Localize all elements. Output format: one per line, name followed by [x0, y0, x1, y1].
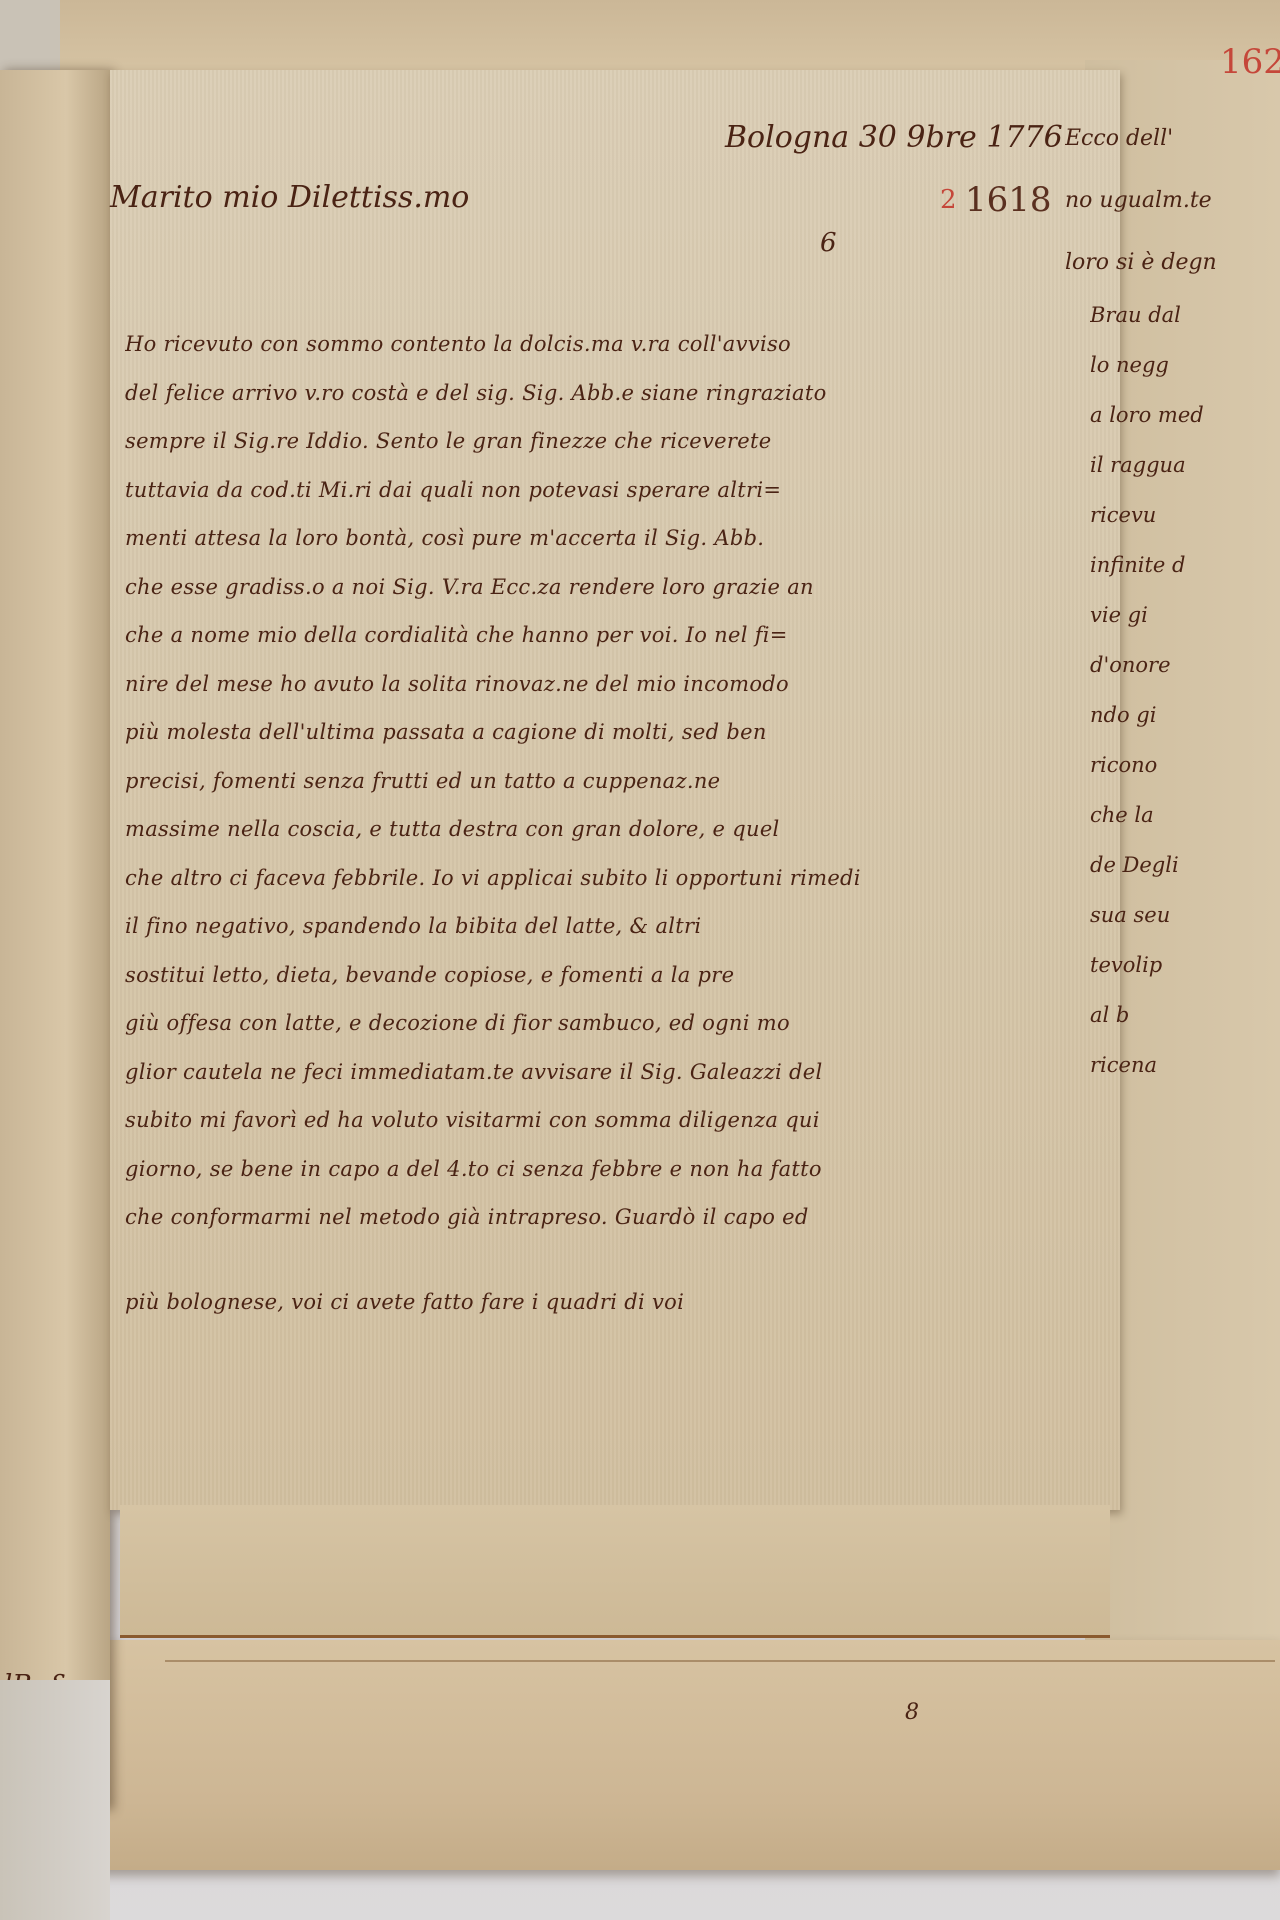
body-line: il fino negativo, spandendo la bibita de… — [125, 902, 1085, 951]
body-line: nire del mese ho avuto la solita rinovaz… — [125, 660, 1085, 709]
margin-line: de Degli — [1090, 840, 1280, 890]
body-line: glior cautela ne feci immediatam.te avvi… — [125, 1048, 1085, 1097]
body-line: massime nella coscia, e tutta destra con… — [125, 805, 1085, 854]
margin-line: lo negg — [1090, 340, 1280, 390]
bottom-underlying-sheet: 8 — [85, 1640, 1280, 1870]
margin-line: no ugualm.te — [1065, 170, 1280, 232]
left-sheet-lower — [0, 1680, 110, 1920]
body-line: che esse gradiss.o a noi Sig. V.ra Ecc.z… — [125, 563, 1085, 612]
body-line: menti attesa la loro bontà, così pure m'… — [125, 514, 1085, 563]
margin-line: sua seu — [1090, 890, 1280, 940]
body-line: che conformarmi nel metodo già intrapres… — [125, 1193, 1085, 1242]
body-line: sempre il Sig.re Iddio. Sento le gran fi… — [125, 417, 1085, 466]
margin-line: ricono — [1090, 740, 1280, 790]
archive-number-top: 1620 — [1220, 42, 1280, 82]
margin-line: Ecco dell' — [1065, 108, 1280, 170]
body-line: tuttavia da cod.ti Mi.ri dai quali non p… — [125, 466, 1085, 515]
salutation: Marito mio Dilettiss.mo — [110, 180, 469, 215]
body-line: precisi, fomenti senza frutti ed un tatt… — [125, 757, 1085, 806]
archive-number-lower: 1618 — [965, 180, 1052, 220]
letter-body: Ho ricevuto con sommo contento la dolcis… — [125, 320, 1085, 1326]
left-underlying-sheet: lR. & — [0, 70, 110, 1810]
body-line: giù offesa con latte, e decozione di fio… — [125, 999, 1085, 1048]
margin-line: al b — [1090, 990, 1280, 1040]
archive-prefix: 2 — [940, 185, 957, 215]
body-line: che a nome mio della cordialità che hann… — [125, 611, 1085, 660]
margin-line: ndo gi — [1090, 690, 1280, 740]
margin-line: ricena — [1090, 1040, 1280, 1090]
margin-line: a loro med — [1090, 390, 1280, 440]
body-line: più bolognese, voi ci avete fatto fare i… — [125, 1278, 1085, 1327]
footer-mark: 8 — [905, 1700, 919, 1725]
margin-line: Brau dal — [1090, 290, 1280, 340]
margin-line: infinite d — [1090, 540, 1280, 590]
margin-line: il raggua — [1090, 440, 1280, 490]
body-line: del felice arrivo v.ro costà e del sig. … — [125, 369, 1085, 418]
fold-line — [165, 1660, 1275, 1662]
margin-line: d'onore — [1090, 640, 1280, 690]
body-line: Ho ricevuto con sommo contento la dolcis… — [125, 320, 1085, 369]
place-date: Bologna 30 9bre 1776 — [725, 120, 1063, 155]
body-line: sostitui letto, dieta, bevande copiose, … — [125, 951, 1085, 1000]
body-line: più molesta dell'ultima passata a cagion… — [125, 708, 1085, 757]
letter-lower-strip — [120, 1505, 1110, 1638]
page-mark: 6 — [820, 228, 837, 258]
body-line: giorno, se bene in capo a del 4.to ci se… — [125, 1145, 1085, 1194]
right-margin-text: Brau dal lo negg a loro med il raggua ri… — [1090, 290, 1280, 1090]
margin-line: ricevu — [1090, 490, 1280, 540]
margin-line: tevolip — [1090, 940, 1280, 990]
margin-line: che la — [1090, 790, 1280, 840]
margin-line: loro si è degn — [1065, 232, 1280, 294]
right-margin-header: Ecco dell' no ugualm.te loro si è degn — [1065, 108, 1280, 294]
body-line: subito mi favorì ed ha voluto visitarmi … — [125, 1096, 1085, 1145]
body-line: che altro ci faceva febbrile. Io vi appl… — [125, 854, 1085, 903]
margin-line: vie gi — [1090, 590, 1280, 640]
